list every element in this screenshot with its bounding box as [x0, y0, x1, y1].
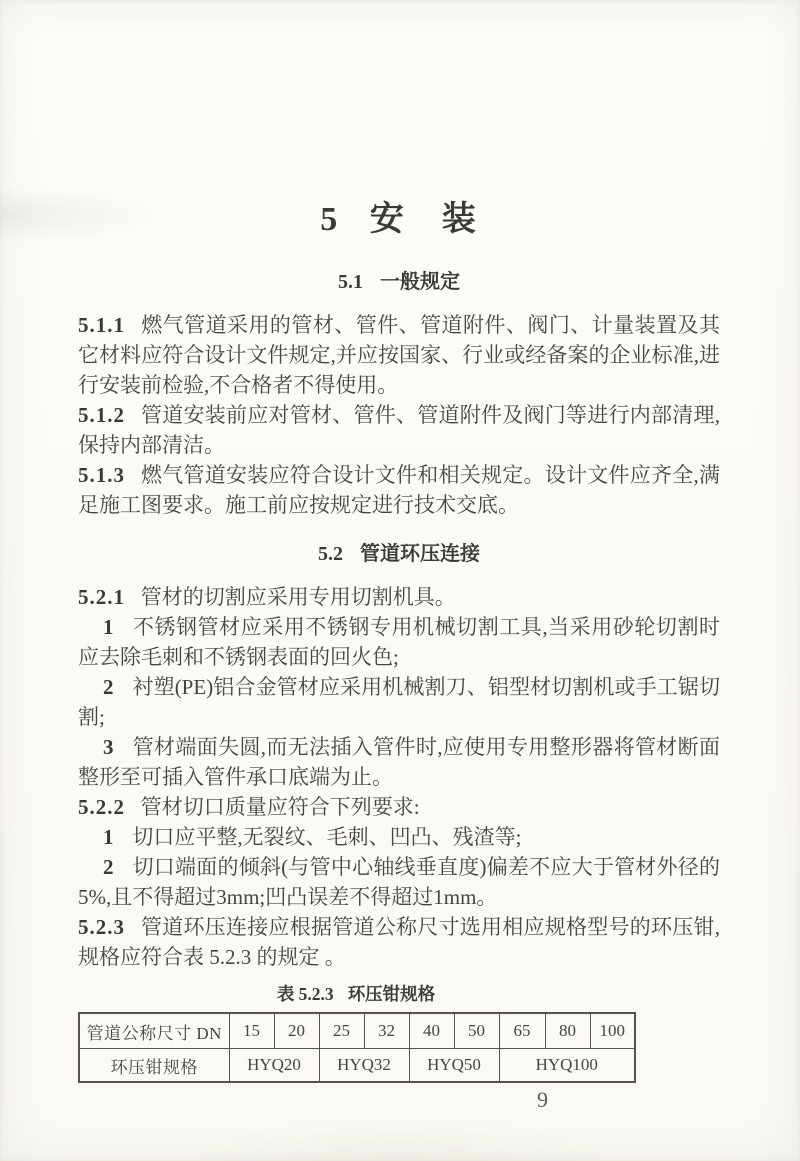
section-5-1-body: 5.1.1燃气管道采用的管材、管件、管道附件、阀门、计量装置及其它材料应符合设计… — [78, 310, 720, 520]
table-cell-spec: HYQ20 — [229, 1049, 319, 1083]
table-cell-dn: 40 — [409, 1013, 454, 1049]
table-cell-spec: HYQ50 — [409, 1049, 499, 1083]
clause-number: 5.2.1 — [78, 585, 125, 609]
table-cell-spec: HYQ100 — [499, 1049, 635, 1083]
table-cell-dn: 20 — [274, 1013, 319, 1049]
page-number: 9 — [78, 1087, 720, 1113]
table-cell-spec-label: 环压钳规格 — [79, 1049, 229, 1083]
table-cell-spec: HYQ32 — [319, 1049, 409, 1083]
item-text: 不锈钢管材应采用不锈钢专用机械切割工具,当采用砂轮切割时应去除毛刺和不锈钢表面的… — [78, 615, 720, 669]
table-row-dn: 管道公称尺寸 DN 15 20 25 32 40 50 65 80 100 — [79, 1013, 635, 1049]
subitem-2: 2切口端面的倾斜(与管中心轴线垂直度)偏差不应大于管材外径的5%,且不得超过3m… — [78, 852, 720, 912]
clause-text: 管材切口质量应符合下列要求: — [141, 795, 420, 819]
table-cell-dn: 100 — [590, 1013, 635, 1049]
clause-5-2-3: 5.2.3管道环压连接应根据管道公称尺寸选用相应规格型号的环压钳,规格应符合表 … — [78, 912, 720, 972]
item-text: 切口端面的倾斜(与管中心轴线垂直度)偏差不应大于管材外径的5%,且不得超过3mm… — [78, 855, 720, 909]
item-text: 管材端面失圆,而无法插入管件时,应使用专用整形器将管材断面整形至可插入管件承口底… — [78, 735, 720, 789]
table-caption-title: 环压钳规格 — [348, 984, 436, 1004]
table-cell-dn: 32 — [364, 1013, 409, 1049]
table-cell-dn: 80 — [545, 1013, 590, 1049]
subitem-2: 2衬塑(PE)铝合金管材应采用机械割刀、铝型材切割机或手工锯切割; — [78, 672, 720, 732]
table-cell-dn: 65 — [499, 1013, 545, 1049]
section-number: 5.2 — [318, 543, 343, 565]
table-cell-dn: 15 — [229, 1013, 274, 1049]
item-number: 1 — [103, 825, 115, 849]
clause-5-1-3: 5.1.3燃气管道安装应符合设计文件和相关规定。设计文件应齐全,满足施工图要求。… — [78, 460, 720, 520]
clause-text: 燃气管道安装应符合设计文件和相关规定。设计文件应齐全,满足施工图要求。施工前应按… — [78, 463, 720, 517]
item-number: 1 — [103, 615, 115, 639]
subitem-3: 3管材端面失圆,而无法插入管件时,应使用专用整形器将管材断面整形至可插入管件承口… — [78, 732, 720, 792]
item-text: 切口应平整,无裂纹、毛刺、凹凸、残渣等; — [132, 825, 521, 849]
clause-text: 燃气管道采用的管材、管件、管道附件、阀门、计量装置及其它材料应符合设计文件规定,… — [78, 313, 720, 397]
clause-5-2-2: 5.2.2管材切口质量应符合下列要求: — [78, 792, 720, 822]
clause-text: 管材的切割应采用专用切割机具。 — [141, 585, 456, 609]
section-heading-5-1: 5.1一般规定 — [78, 268, 720, 296]
table-cell-dn: 50 — [454, 1013, 499, 1049]
section-title: 管道环压连接 — [360, 543, 480, 565]
clause-5-1-2: 5.1.2管道安装前应对管材、管件、管道附件及阀门等进行内部清理,保持内部清洁。 — [78, 400, 720, 460]
item-number: 2 — [103, 675, 115, 699]
table-row-spec: 环压钳规格 HYQ20 HYQ32 HYQ50 HYQ100 — [79, 1049, 635, 1083]
subitem-1: 1切口应平整,无裂纹、毛刺、凹凸、残渣等; — [78, 822, 720, 852]
clause-text: 管道环压连接应根据管道公称尺寸选用相应规格型号的环压钳,规格应符合表 5.2.3… — [78, 915, 720, 969]
section-heading-5-2: 5.2管道环压连接 — [78, 540, 720, 568]
section-5-2-body: 5.2.1管材的切割应采用专用切割机具。 1不锈钢管材应采用不锈钢专用机械切割工… — [78, 582, 720, 972]
scanned-document-page: 5安 装 5.1一般规定 5.1.1燃气管道采用的管材、管件、管道附件、阀门、计… — [0, 0, 800, 1161]
chapter-heading: 5安 装 — [78, 198, 720, 242]
chapter-title: 安 装 — [370, 201, 478, 238]
subitem-1: 1不锈钢管材应采用不锈钢专用机械切割工具,当采用砂轮切割时应去除毛刺和不锈钢表面… — [78, 612, 720, 672]
clause-number: 5.2.3 — [78, 915, 125, 939]
clause-text: 管道安装前应对管材、管件、管道附件及阀门等进行内部清理,保持内部清洁。 — [78, 403, 720, 457]
section-number: 5.1 — [338, 271, 363, 293]
item-number: 2 — [103, 855, 115, 879]
clause-5-1-1: 5.1.1燃气管道采用的管材、管件、管道附件、阀门、计量装置及其它材料应符合设计… — [78, 310, 720, 400]
table-cell-dn-label: 管道公称尺寸 DN — [79, 1013, 229, 1049]
clause-number: 5.1.2 — [78, 403, 125, 427]
clause-number: 5.2.2 — [78, 795, 125, 819]
table-caption-label: 表 5.2.3 — [277, 984, 334, 1004]
ring-press-clamp-spec-table: 管道公称尺寸 DN 15 20 25 32 40 50 65 80 100 环压… — [78, 1012, 636, 1083]
item-number: 3 — [103, 735, 115, 759]
table-cell-dn: 25 — [319, 1013, 364, 1049]
clause-5-2-1: 5.2.1管材的切割应采用专用切割机具。 — [78, 582, 720, 612]
table-caption: 表 5.2.3环压钳规格 — [78, 982, 634, 1006]
clause-number: 5.1.1 — [78, 313, 125, 337]
clause-number: 5.1.3 — [78, 463, 125, 487]
section-title: 一般规定 — [380, 271, 460, 293]
chapter-number: 5 — [320, 201, 339, 238]
item-text: 衬塑(PE)铝合金管材应采用机械割刀、铝型材切割机或手工锯切割; — [78, 675, 720, 729]
